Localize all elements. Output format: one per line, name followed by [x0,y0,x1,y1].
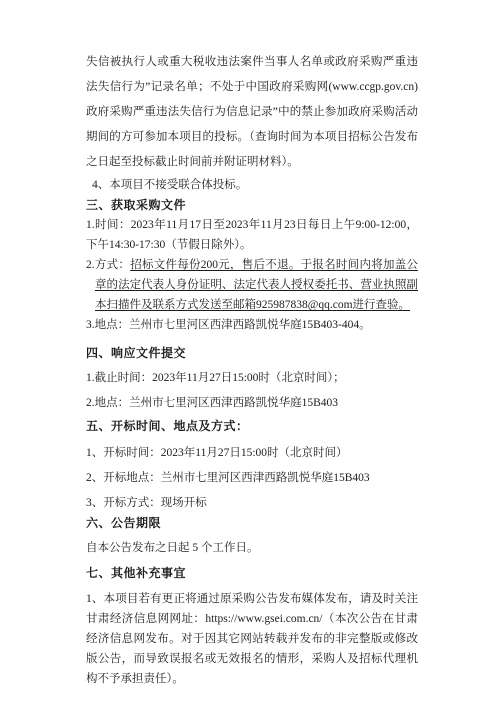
section-heading-bid-opening: 五、开标时间、地点及方式： [86,416,418,436]
obtain-method-details: 招标文件每份200元，售后不退。于报名时间内将加盖公章的法定代表人身份证明、法定… [95,259,418,311]
bid-opening-method: 3、开标方式：现场开标 [86,493,418,513]
obtain-method-label: 2.方式： [86,259,130,271]
intro-paragraph: 失信被执行人或重大税收违法案件当事人名单或政府采购严重违法失信行为”记录名单；不… [86,50,418,175]
announcement-period-text: 自本公告发布之日起 5 个工作日。 [86,538,418,558]
section-heading-announcement-period: 六、公告期限 [86,513,418,533]
other-matters-item: 1、本项目若有更正将通过原采购公告发布媒体发布，请及时关注甘肃经济信息网网址：h… [86,589,418,689]
document-page: 失信被执行人或重大税收违法案件当事人名单或政府采购严重违法失信行为”记录名单；不… [0,0,500,706]
no-consortium-item: 4、本项目不接受联合体投标。 [86,175,418,195]
section-heading-obtain-documents: 三、获取采购文件 [86,195,418,215]
bid-opening-time: 1、开标时间：2023年11月27日15:00时（北京时间） [86,443,418,463]
section-heading-other-matters: 七、其他补充事宜 [86,563,418,583]
obtain-documents-method: 2.方式：招标文件每份200元，售后不退。于报名时间内将加盖公章的法定代表人身份… [86,255,418,315]
response-deadline: 1.截止时间：2023年11月27日15:00时（北京时间）； [86,368,418,388]
obtain-documents-time: 1.时间：2023年11月17日至2023年11月23日每日上午9:00-12:… [86,215,418,255]
section-heading-response-submission: 四、响应文件提交 [86,343,418,363]
document-content: 失信被执行人或重大税收违法案件当事人名单或政府采购严重违法失信行为”记录名单；不… [0,0,418,689]
response-location: 2.地点：兰州市七里河区西津西路凯悦华庭15B403 [86,393,418,413]
bid-opening-location: 2、开标地点：兰州市七里河区西津西路凯悦华庭15B403 [86,468,418,488]
obtain-documents-location: 3.地点：兰州市七里河区西津西路凯悦华庭15B403-404。 [86,315,418,335]
